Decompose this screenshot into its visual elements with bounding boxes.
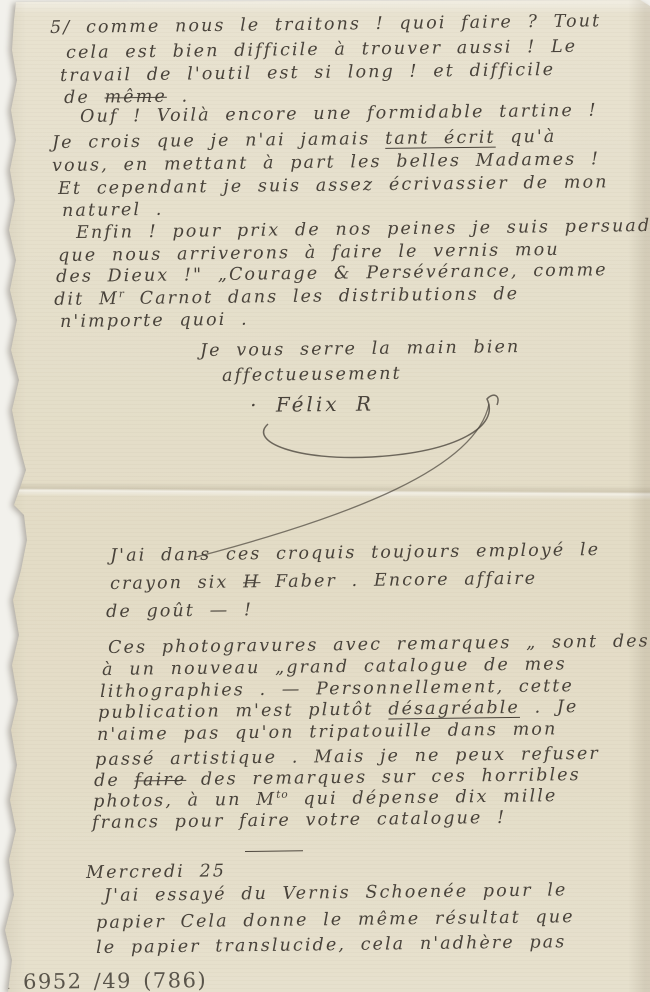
manuscript-line: J'ai essayé du Vernis Schoenée pour le [104, 880, 568, 906]
manuscript-text-segment: Je crois que je n'ai jamais [52, 129, 385, 153]
manuscript-text-segment: · Félix R [250, 391, 374, 417]
manuscript-line: J'ai dans ces croquis toujours employé l… [110, 540, 600, 566]
manuscript-text-segment: même [104, 87, 167, 108]
manuscript-line: naturel . [62, 200, 164, 221]
manuscript-text-segment: . [167, 86, 190, 106]
manuscript-text-segment: travail de l'outil est si long ! et diff… [60, 60, 555, 86]
manuscript-text-segment: 5/ comme nous le traitons ! quoi faire ?… [50, 11, 601, 38]
manuscript-line: · Félix R [250, 391, 374, 417]
manuscript-text-segment: de [64, 88, 105, 108]
manuscript-line: Enfin ! pour prix de nos peines je suis … [76, 216, 650, 243]
manuscript-text-segment: désagréable [388, 698, 520, 720]
manuscript-line: 5/ comme nous le traitons ! quoi faire ?… [50, 11, 601, 38]
manuscript-text-segment: cela est bien difficile à trouver aussi … [66, 37, 577, 63]
manuscript-line: Ces photogravures avec remarques „ sont … [108, 631, 650, 658]
manuscript-line: de goût — ! [106, 600, 253, 622]
manuscript-text-segment: francs pour faire votre catalogue ! [92, 808, 506, 833]
manuscript-text-segment: I 6952 /49 (786) [2, 968, 207, 992]
manuscript-text-segment: . Je [520, 697, 579, 718]
manuscript-line: affectueusement [222, 364, 402, 386]
manuscript-line: de même . [64, 86, 189, 108]
manuscript-line: Je vous serre la main bien [200, 337, 520, 361]
manuscript-line: Je crois que je n'ai jamais tant écrit q… [52, 127, 557, 153]
manuscript-text-segment: Et cependant je suis assez écrivassier d… [58, 172, 609, 199]
manuscript-text-segment: de goût — ! [106, 600, 253, 622]
manuscript-text-segment: photos, à un M [93, 790, 276, 812]
manuscript-text-segment: to [276, 789, 289, 801]
manuscript-text-segment: dit M [54, 289, 119, 310]
manuscript-line: crayon six H Faber . Encore affaire [110, 569, 537, 594]
manuscript-text-segment: crayon six [110, 572, 243, 594]
manuscript-line: n'importe quoi . [60, 310, 249, 332]
manuscript-text-segment: naturel . [62, 200, 164, 221]
manuscript-line: Mercredi 25 [86, 861, 226, 883]
letter-page-wrapper: 5/ comme nous le traitons ! quoi faire ?… [0, 0, 650, 992]
manuscript-text-segment: Mercredi 25 [86, 861, 226, 883]
manuscript-text-segment: qui dépense dix mille [289, 786, 558, 809]
letter-text: 5/ comme nous le traitons ! quoi faire ?… [0, 0, 650, 992]
manuscript-line: dit Mr Carnot dans les distributions de [54, 283, 519, 310]
manuscript-text-segment: n'aime pas qu'on tripatouille dans mon [97, 719, 558, 745]
manuscript-text-segment: Carnot dans les distributions de [125, 284, 519, 309]
manuscript-text-segment: affectueusement [222, 364, 402, 386]
manuscript-text-segment: J'ai essayé du Vernis Schoenée pour le [104, 880, 568, 906]
manuscript-text-segment: publication m'est plutôt [98, 699, 388, 723]
manuscript-line: francs pour faire votre catalogue ! [92, 808, 506, 833]
manuscript-line: Et cependant je suis assez écrivassier d… [58, 172, 609, 199]
manuscript-text-segment: Ces photogravures avec remarques „ sont … [108, 631, 650, 658]
manuscript-line: papier Cela donne le même résultat que [96, 907, 575, 933]
manuscript-line: le papier translucide, cela n'adhère pas [96, 932, 566, 958]
manuscript-line: vous, en mettant à part les belles Madam… [52, 149, 600, 176]
manuscript-text-segment: Enfin ! pour prix de nos peines je suis … [76, 216, 650, 243]
manuscript-text-segment: de [94, 771, 135, 791]
letter-page: 5/ comme nous le traitons ! quoi faire ?… [0, 0, 650, 992]
manuscript-text-segment: J'ai dans ces croquis toujours employé l… [110, 540, 600, 566]
manuscript-line: cela est bien difficile à trouver aussi … [66, 37, 577, 63]
manuscript-text-segment: tant écrit [385, 128, 496, 149]
manuscript-text-segment: Faber . Encore affaire [260, 569, 537, 592]
manuscript-line: n'aime pas qu'on tripatouille dans mon [97, 719, 558, 745]
manuscript-line: travail de l'outil est si long ! et diff… [60, 60, 555, 86]
manuscript-text-segment: H [243, 572, 261, 592]
manuscript-text-segment: n'importe quoi . [60, 310, 249, 332]
manuscript-text-segment: Je vous serre la main bien [200, 337, 520, 361]
handwritten-divider [245, 850, 303, 852]
manuscript-line: I 6952 /49 (786) [2, 968, 207, 992]
manuscript-text-segment: qu'à [495, 127, 556, 148]
manuscript-text-segment: papier Cela donne le même résultat que [96, 907, 575, 933]
manuscript-text-segment: le papier translucide, cela n'adhère pas [96, 932, 566, 958]
manuscript-text-segment: faire [134, 770, 186, 791]
scanned-letter-screenshot: { "document": { "kind": "handwritten let… [0, 0, 650, 992]
manuscript-text-segment: vous, en mettant à part les belles Madam… [52, 149, 600, 176]
